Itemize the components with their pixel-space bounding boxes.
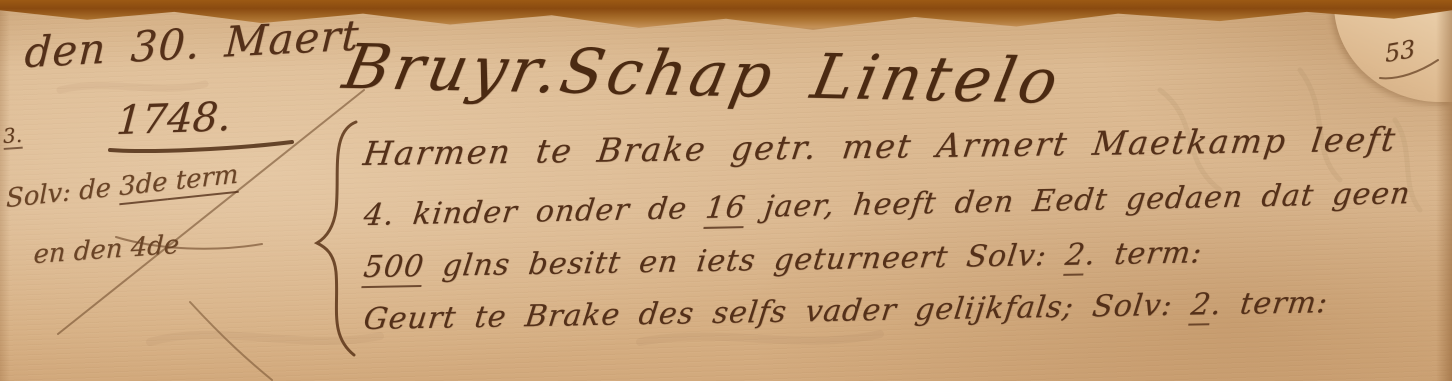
body-line-3-seg4: . term: xyxy=(1083,235,1204,272)
margin-entry-number: 3. xyxy=(2,123,23,150)
body-line-3-seg1: 500 xyxy=(361,249,426,288)
tail-flourish xyxy=(190,302,272,380)
body-line-1-seg1: Harmen te Brake getr. met Armert Maetkam… xyxy=(361,120,1399,173)
manuscript-page: den 30. Maert 1748. 3. Solv: de 3de term… xyxy=(0,0,1452,381)
body-line-2-seg3: jaer, heeft den Eedt gedaen dat geen xyxy=(744,176,1413,225)
body-line-4-seg3: . term: xyxy=(1209,285,1330,322)
entry-title: Bruyr.Schap Lintelo xyxy=(338,30,1068,118)
margin-note-seg2: 3de xyxy=(119,167,167,205)
body-line-3-seg2: glns besitt en iets geturneert Solv: xyxy=(422,238,1068,284)
body-line-4: Geurt te Brake des selfs vader gelijkfal… xyxy=(362,285,1330,337)
margin-note-seg1: Solv: de xyxy=(6,172,119,214)
margin-note-line1: Solv: de 3de term xyxy=(6,160,238,215)
entry-date: den 30. Maert xyxy=(23,10,360,77)
entry-year: 1748. xyxy=(115,94,233,144)
body-line-2-seg1: 4. kinder onder de xyxy=(362,191,708,233)
brace-mark xyxy=(317,122,356,355)
body-line-1: Harmen te Brake getr. met Armert Maetkam… xyxy=(361,120,1399,173)
margin-note-seg3: term xyxy=(167,160,238,201)
page-right-shadow xyxy=(1436,0,1452,381)
margin-note-line2: en den 4de xyxy=(33,230,180,270)
body-line-2-seg2: 16 xyxy=(703,190,748,229)
body-line-3: 500 glns besitt en iets geturneert Solv:… xyxy=(362,235,1205,285)
folio-number: 53 xyxy=(1384,35,1416,68)
body-line-4-seg1: Geurt te Brake des selfs vader gelijkfal… xyxy=(362,288,1194,338)
body-line-2: 4. kinder onder de 16 jaer, heeft den Ee… xyxy=(362,176,1413,233)
